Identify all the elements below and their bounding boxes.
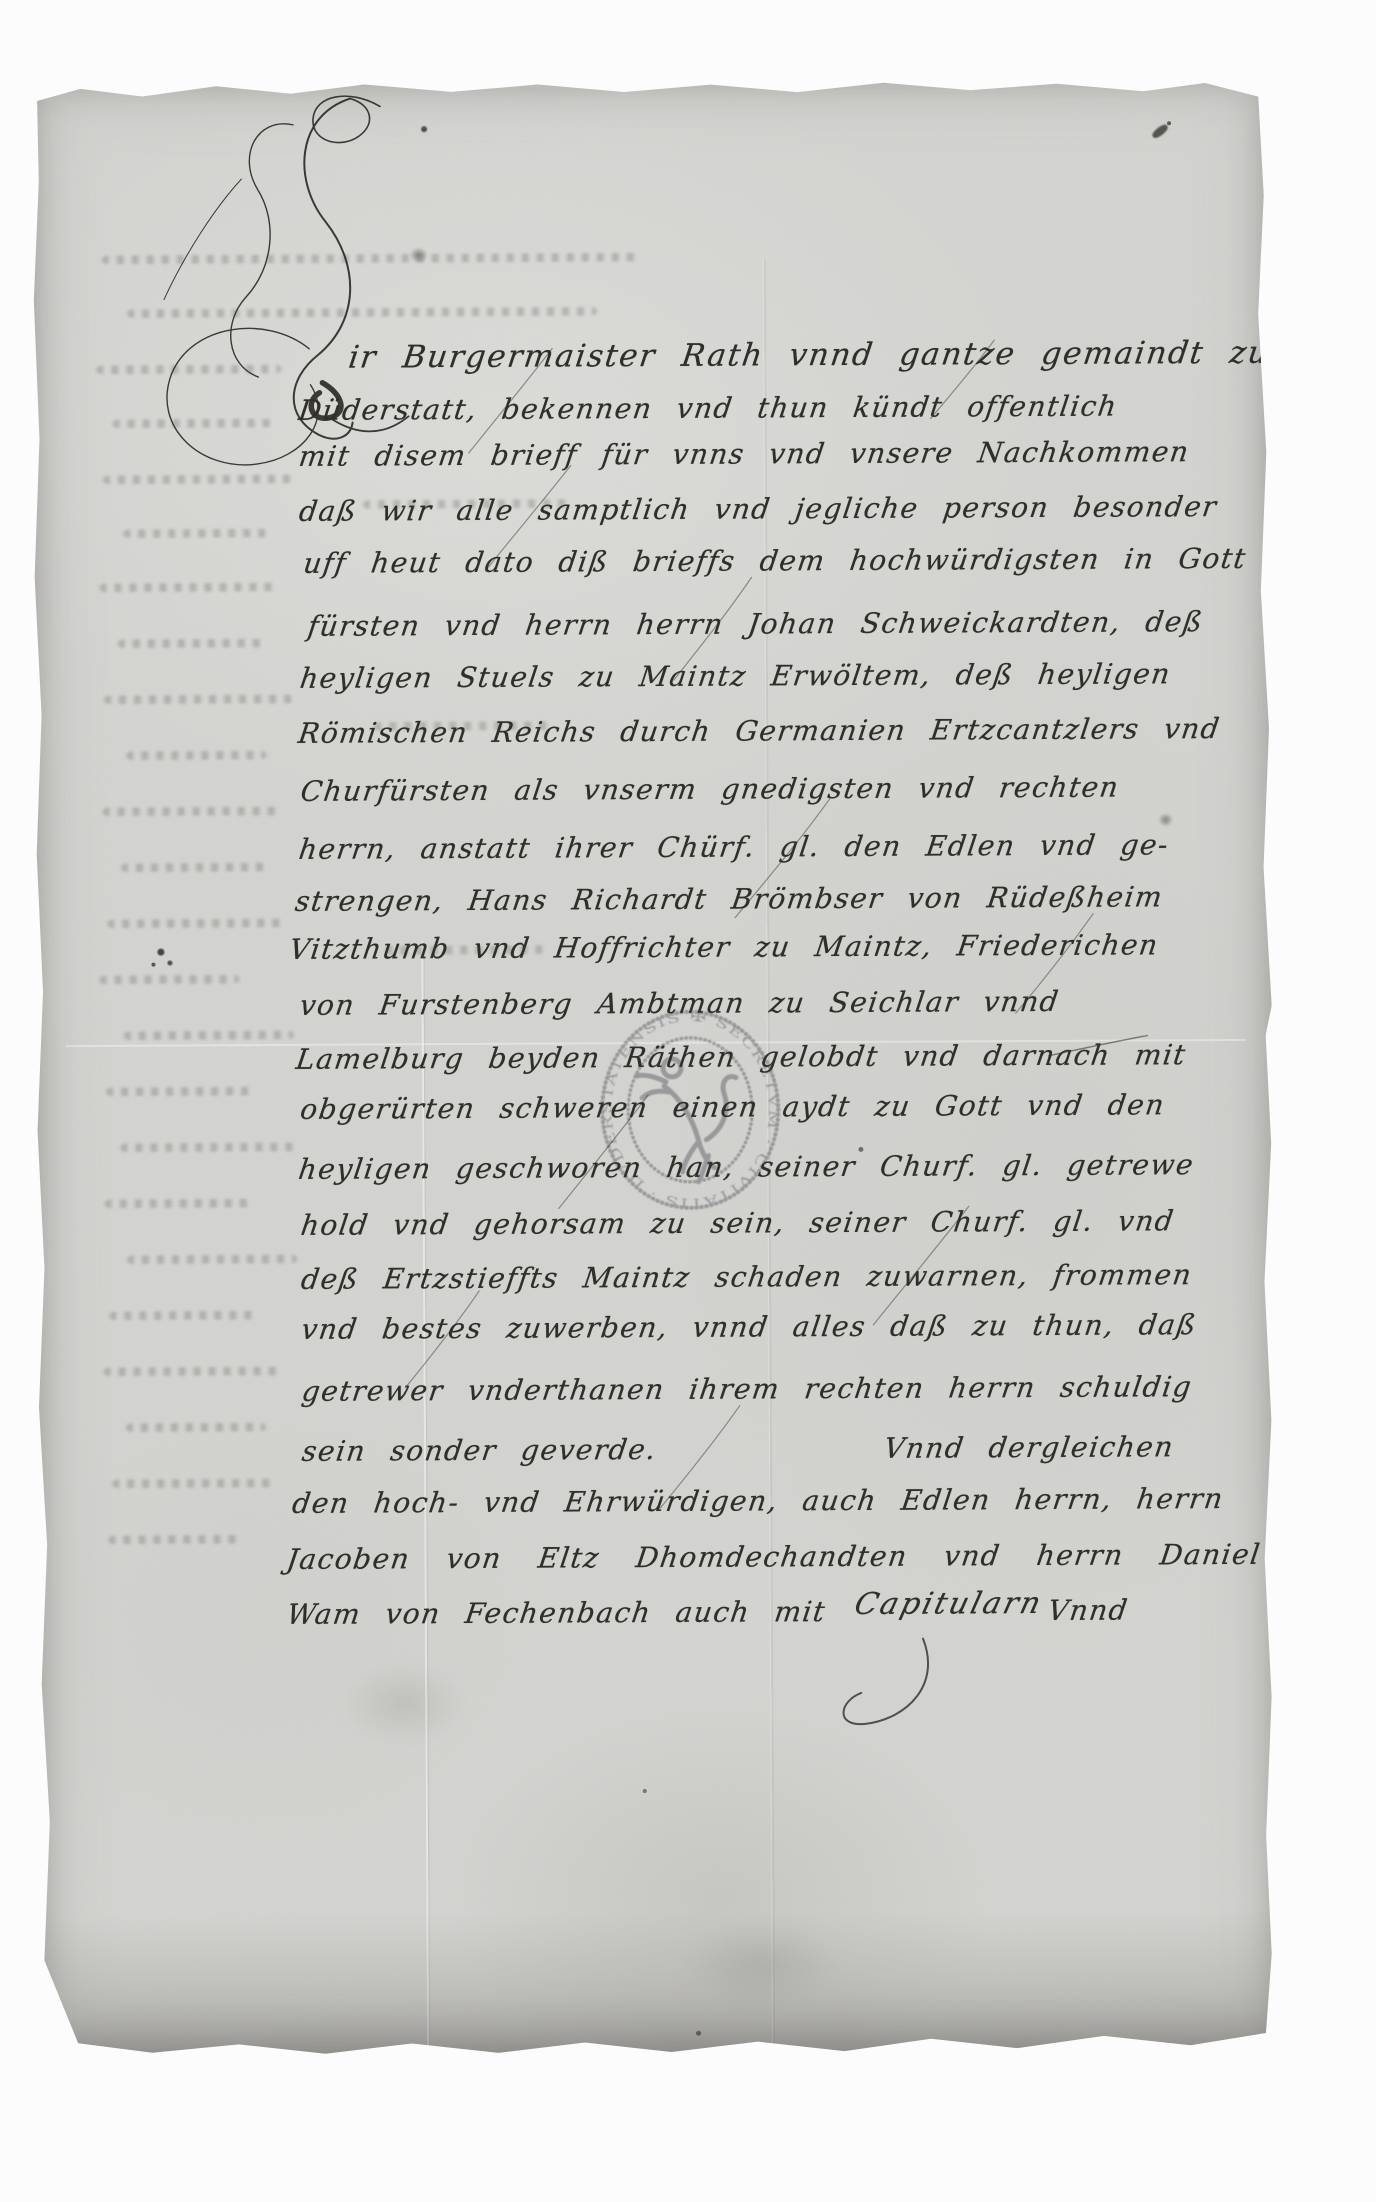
manuscript-line-16: heyligen geschworen han, seiner Churf. g… bbox=[297, 1148, 1197, 1186]
manuscript-line-2: Düderstatt, bekennen vnd thun kündt offe… bbox=[297, 390, 1120, 427]
manuscript-line-21a: sein sonder geverde. bbox=[300, 1433, 659, 1468]
manuscript-line-18: deß Ertzstieffts Maintz schaden zuwarnen… bbox=[299, 1258, 1194, 1296]
scanner-background: ✠ SECRETVM · CIVITATIS · DVDERSTATENSIS … bbox=[0, 0, 1376, 2202]
manuscript-line-5: uff heut dato diß brieffs dem hochwürdig… bbox=[301, 542, 1248, 580]
manuscript-line-3: mit disem brieff für vnns vnd vnsere Nac… bbox=[297, 435, 1192, 473]
manuscript-line-4: daß wir alle samptlich vnd jegliche pers… bbox=[297, 490, 1219, 528]
manuscript-line-20: getrewer vnderthanen ihrem rechten herrn… bbox=[300, 1370, 1195, 1408]
manuscript-line-6: fürsten vnd herrn herrn Johan Schweickar… bbox=[306, 605, 1206, 643]
manuscript-page: ✠ SECRETVM · CIVITATIS · DVDERSTATENSIS … bbox=[31, 77, 1277, 2059]
manuscript-line-9: Churfürsten als vnserm gnedigsten vnd re… bbox=[299, 771, 1122, 808]
manuscript-line-12: Vitzthumb vnd Hoffrichter zu Maintz, Fri… bbox=[287, 928, 1161, 966]
manuscript-line-21b: Vnnd dergleichen bbox=[882, 1430, 1176, 1465]
manuscript-line-15: obgerürten schweren einen aydt zu Gott v… bbox=[298, 1088, 1167, 1126]
manuscript-line-24-latin-word: Capitularn bbox=[851, 1586, 1047, 1622]
manuscript-line-17: hold vnd gehorsam zu sein, seiner Churf.… bbox=[299, 1204, 1177, 1242]
manuscript-line-8: Römischen Reichs durch Germanien Ertzcan… bbox=[296, 712, 1222, 750]
manuscript-line-11: strengen, Hans Richardt Brömbser von Rüd… bbox=[293, 880, 1165, 918]
manuscript-line-1: ir Burgermaister Rath vnnd gantze gemain… bbox=[346, 335, 1272, 376]
manuscript-line-14: Lamelburg beyden Räthen gelobdt vnd darn… bbox=[294, 1038, 1189, 1076]
manuscript-line-24b: Vnnd bbox=[1046, 1594, 1131, 1627]
manuscript-line-7: heyligen Stuels zu Maintz Erwöltem, deß … bbox=[298, 657, 1173, 695]
manuscript-line-10: herrn, anstatt ihrer Chürf. gl. den Edle… bbox=[297, 828, 1171, 866]
manuscript-line-13: von Furstenberg Ambtman zu Seichlar vnnd bbox=[298, 985, 1062, 1022]
manuscript-line-19: vnd bestes zuwerben, vnnd alles daß zu t… bbox=[299, 1308, 1199, 1346]
manuscript-line-23: Jacoben von Eltz Dhomdechandten vnd herr… bbox=[285, 1538, 1263, 1576]
manuscript-line-22: den hoch- vnd Ehrwürdigen, auch Edlen he… bbox=[290, 1482, 1226, 1520]
manuscript-line-24a: Wam von Fechenbach auch mit bbox=[285, 1595, 828, 1631]
calligraphic-initial-flourish bbox=[145, 86, 447, 488]
